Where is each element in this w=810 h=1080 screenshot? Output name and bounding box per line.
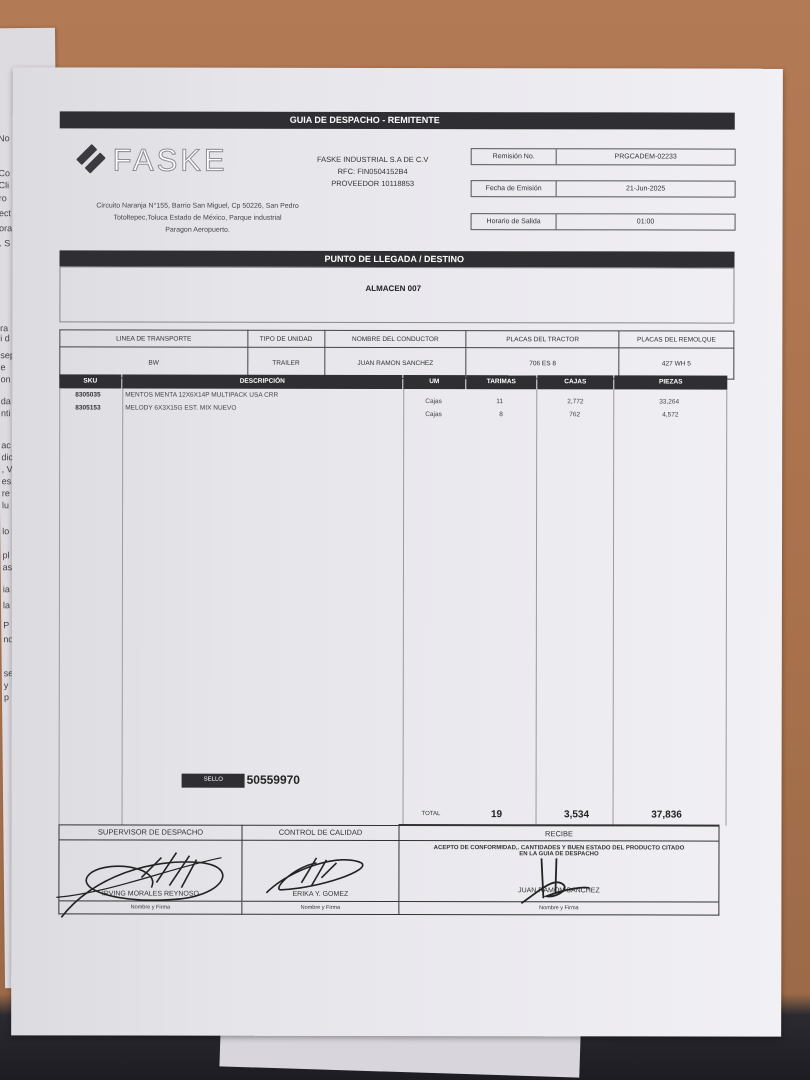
supervisor-name: IRVING MORALES REYNOSO — [60, 890, 240, 899]
destination-value: ALMACEN 007 — [365, 284, 421, 293]
signature-table: SUPERVISOR DE DESPACHO CONTROL DE CALIDA… — [58, 823, 719, 915]
total-cajas: 3,534 — [552, 809, 602, 820]
address-line: Circuito Naranja N°155, Barrio San Migue… — [73, 200, 323, 212]
supervisor-signature-area: IRVING MORALES REYNOSO — [59, 840, 242, 901]
fragment-text: , V — [2, 464, 13, 474]
total-piezas: 37,836 — [642, 809, 692, 820]
remision-field: Remisión No. PRGCADEM-02233 — [471, 148, 736, 165]
total-tarimas: 19 — [482, 809, 512, 820]
fragment-text: y — [4, 680, 9, 690]
logo-mark-icon — [76, 144, 107, 175]
company-name: FASKE INDUSTRIAL S.A DE C.V — [298, 154, 448, 166]
fragment-text: i d — [0, 333, 10, 343]
fragment-text: nti — [1, 408, 11, 418]
recibe-title: RECIBE — [399, 825, 719, 841]
column-divider — [403, 389, 405, 825]
remision-value: PRGCADEM-02233 — [557, 149, 735, 164]
header-descripcion: DESCRIPCIÓN — [122, 375, 402, 389]
calidad-title: CONTROL DE CALIDAD — [242, 825, 399, 841]
item-descripcion: MENTOS MENTA 12X6X14P MULTIPACK USA CRR — [125, 392, 278, 399]
fragment-text: ora — [0, 223, 12, 233]
supervisor-footer: Nombre y Firma — [59, 901, 242, 914]
destination-box: ALMACEN 007 — [59, 266, 734, 323]
recibe-statement-line2: EN LA GUIA DE DESPACHO — [400, 851, 717, 858]
item-cajas: 762 — [569, 411, 580, 418]
item-sku: 8305035 — [75, 391, 100, 398]
fragment-text: ro — [0, 193, 7, 203]
recibe-name: JUAN RAMON SANCHEZ — [400, 887, 717, 895]
logo-wordmark: FASKE — [113, 143, 228, 179]
calidad-footer: Nombre y Firma — [242, 901, 399, 914]
document-title-bar: GUIA DE DESPACHO - REMITENTE — [60, 111, 735, 129]
header-tarimas: TARIMAS — [466, 375, 536, 389]
header-linea-transporte: LINEA DE TRANSPORTE — [60, 330, 248, 347]
header-piezas: PIEZAS — [614, 375, 727, 389]
remision-label: Remisión No. — [472, 149, 557, 164]
placas-remolque-value: 427 WH 5 — [619, 348, 734, 379]
item-tarimas: 11 — [496, 398, 503, 405]
item-um: Cajas — [425, 398, 442, 405]
sello-label: SELLO — [204, 777, 223, 783]
horario-salida-label: Horario de Salida — [472, 214, 557, 229]
fragment-text: da — [1, 396, 11, 406]
recibe-footer: Nombre y Firma — [399, 902, 719, 916]
calidad-name: ERIKA Y. GOMEZ — [243, 891, 397, 900]
fecha-emision-value: 21-Jun-2025 — [557, 181, 735, 196]
fragment-text: e — [0, 362, 5, 372]
tipo-unidad-value: TRAILER — [248, 347, 325, 378]
fragment-text: lu — [2, 500, 9, 510]
company-info: FASKE INDUSTRIAL S.A DE C.V RFC: FIN0504… — [298, 154, 448, 190]
header-tipo-unidad: TIPO DE UNIDAD — [248, 330, 325, 347]
fragment-text: Co — [0, 168, 10, 178]
header-um: UM — [403, 375, 465, 389]
address-line: Totoltepec,Toluca Estado de México, Parq… — [73, 212, 323, 224]
sello-value: 50559970 — [247, 773, 300, 787]
header-nombre-conductor: NOMBRE DEL CONDUCTOR — [324, 330, 466, 347]
fragment-text: ia — [3, 584, 10, 594]
column-divider — [536, 389, 538, 825]
header-sku: SKU — [59, 374, 121, 388]
horario-salida-value: 01:00 — [557, 214, 735, 229]
dispatch-guide-sheet: GUIA DE DESPACHO - REMITENTE FASKE FASKE… — [11, 67, 783, 1036]
fragment-text: as — [3, 562, 13, 572]
destination-header: PUNTO DE LLEGADA / DESTINO — [59, 250, 734, 267]
fragment-text: la — [3, 600, 10, 610]
column-divider — [613, 389, 615, 825]
header-placas-remolque: PLACAS DEL REMOLQUE — [619, 331, 734, 348]
item-cajas: 2,772 — [567, 398, 583, 405]
calidad-signature-area: ERIKA Y. GOMEZ — [242, 840, 399, 901]
items-table: SKU DESCRIPCIÓN UM TARIMAS CAJAS PIEZAS … — [59, 374, 728, 825]
fragment-text: ect — [0, 208, 11, 218]
company-logo: FASKE — [75, 142, 255, 182]
document-title: GUIA DE DESPACHO - REMITENTE — [290, 115, 440, 125]
item-sku: 8305153 — [75, 404, 100, 411]
total-label: TOTAL — [422, 811, 441, 817]
fragment-text: Cli — [0, 180, 9, 190]
fragment-text: re — [2, 488, 10, 498]
fragment-text: ra — [0, 323, 8, 333]
fragment-text: ac — [1, 440, 11, 450]
fragment-text: . S — [0, 238, 10, 248]
column-divider — [122, 389, 124, 825]
item-um: Cajas — [425, 411, 442, 418]
company-address: Circuito Naranja N°155, Barrio San Migue… — [73, 200, 323, 236]
fragment-text: lo — [2, 526, 9, 536]
fecha-emision-label: Fecha de Emisión — [472, 181, 557, 196]
fragment-text: P — [3, 620, 9, 630]
transport-header-row: LINEA DE TRANSPORTE TIPO DE UNIDAD NOMBR… — [60, 330, 734, 348]
fragment-text: p — [4, 692, 9, 702]
supervisor-title: SUPERVISOR DE DESPACHO — [59, 824, 242, 840]
item-piezas: 4,572 — [662, 411, 678, 418]
destination-header-text: PUNTO DE LLEGADA / DESTINO — [325, 254, 465, 264]
company-rfc: RFC: FIN0504152B4 — [298, 166, 448, 178]
horario-salida-field: Horario de Salida 01:00 — [471, 213, 736, 230]
item-piezas: 33,264 — [659, 398, 679, 405]
company-proveedor: PROVEEDOR 10118853 — [298, 178, 448, 190]
fragment-text: on — [1, 374, 11, 384]
transport-table: LINEA DE TRANSPORTE TIPO DE UNIDAD NOMBR… — [59, 329, 734, 379]
recibe-signature-area: ACEPTO DE CONFORMIDAD,. CANTIDADES Y BUE… — [399, 841, 719, 903]
column-divider — [59, 388, 61, 824]
item-descripcion: MELODY 6X3X15G EST. MIX NUEVO — [125, 405, 236, 412]
fragment-text: es — [2, 476, 12, 486]
address-line: Paragon Aeropuerto. — [73, 224, 323, 236]
fragment-text: No — [0, 133, 10, 143]
sello-label-box: SELLO — [182, 774, 245, 788]
header-cajas: CAJAS — [537, 375, 613, 389]
item-tarimas: 8 — [499, 411, 503, 418]
header-placas-tractor: PLACAS DEL TRACTOR — [466, 331, 619, 348]
fragment-text: pl — [2, 550, 9, 560]
fecha-emision-field: Fecha de Emisión 21-Jun-2025 — [471, 180, 736, 197]
column-divider — [726, 390, 728, 826]
